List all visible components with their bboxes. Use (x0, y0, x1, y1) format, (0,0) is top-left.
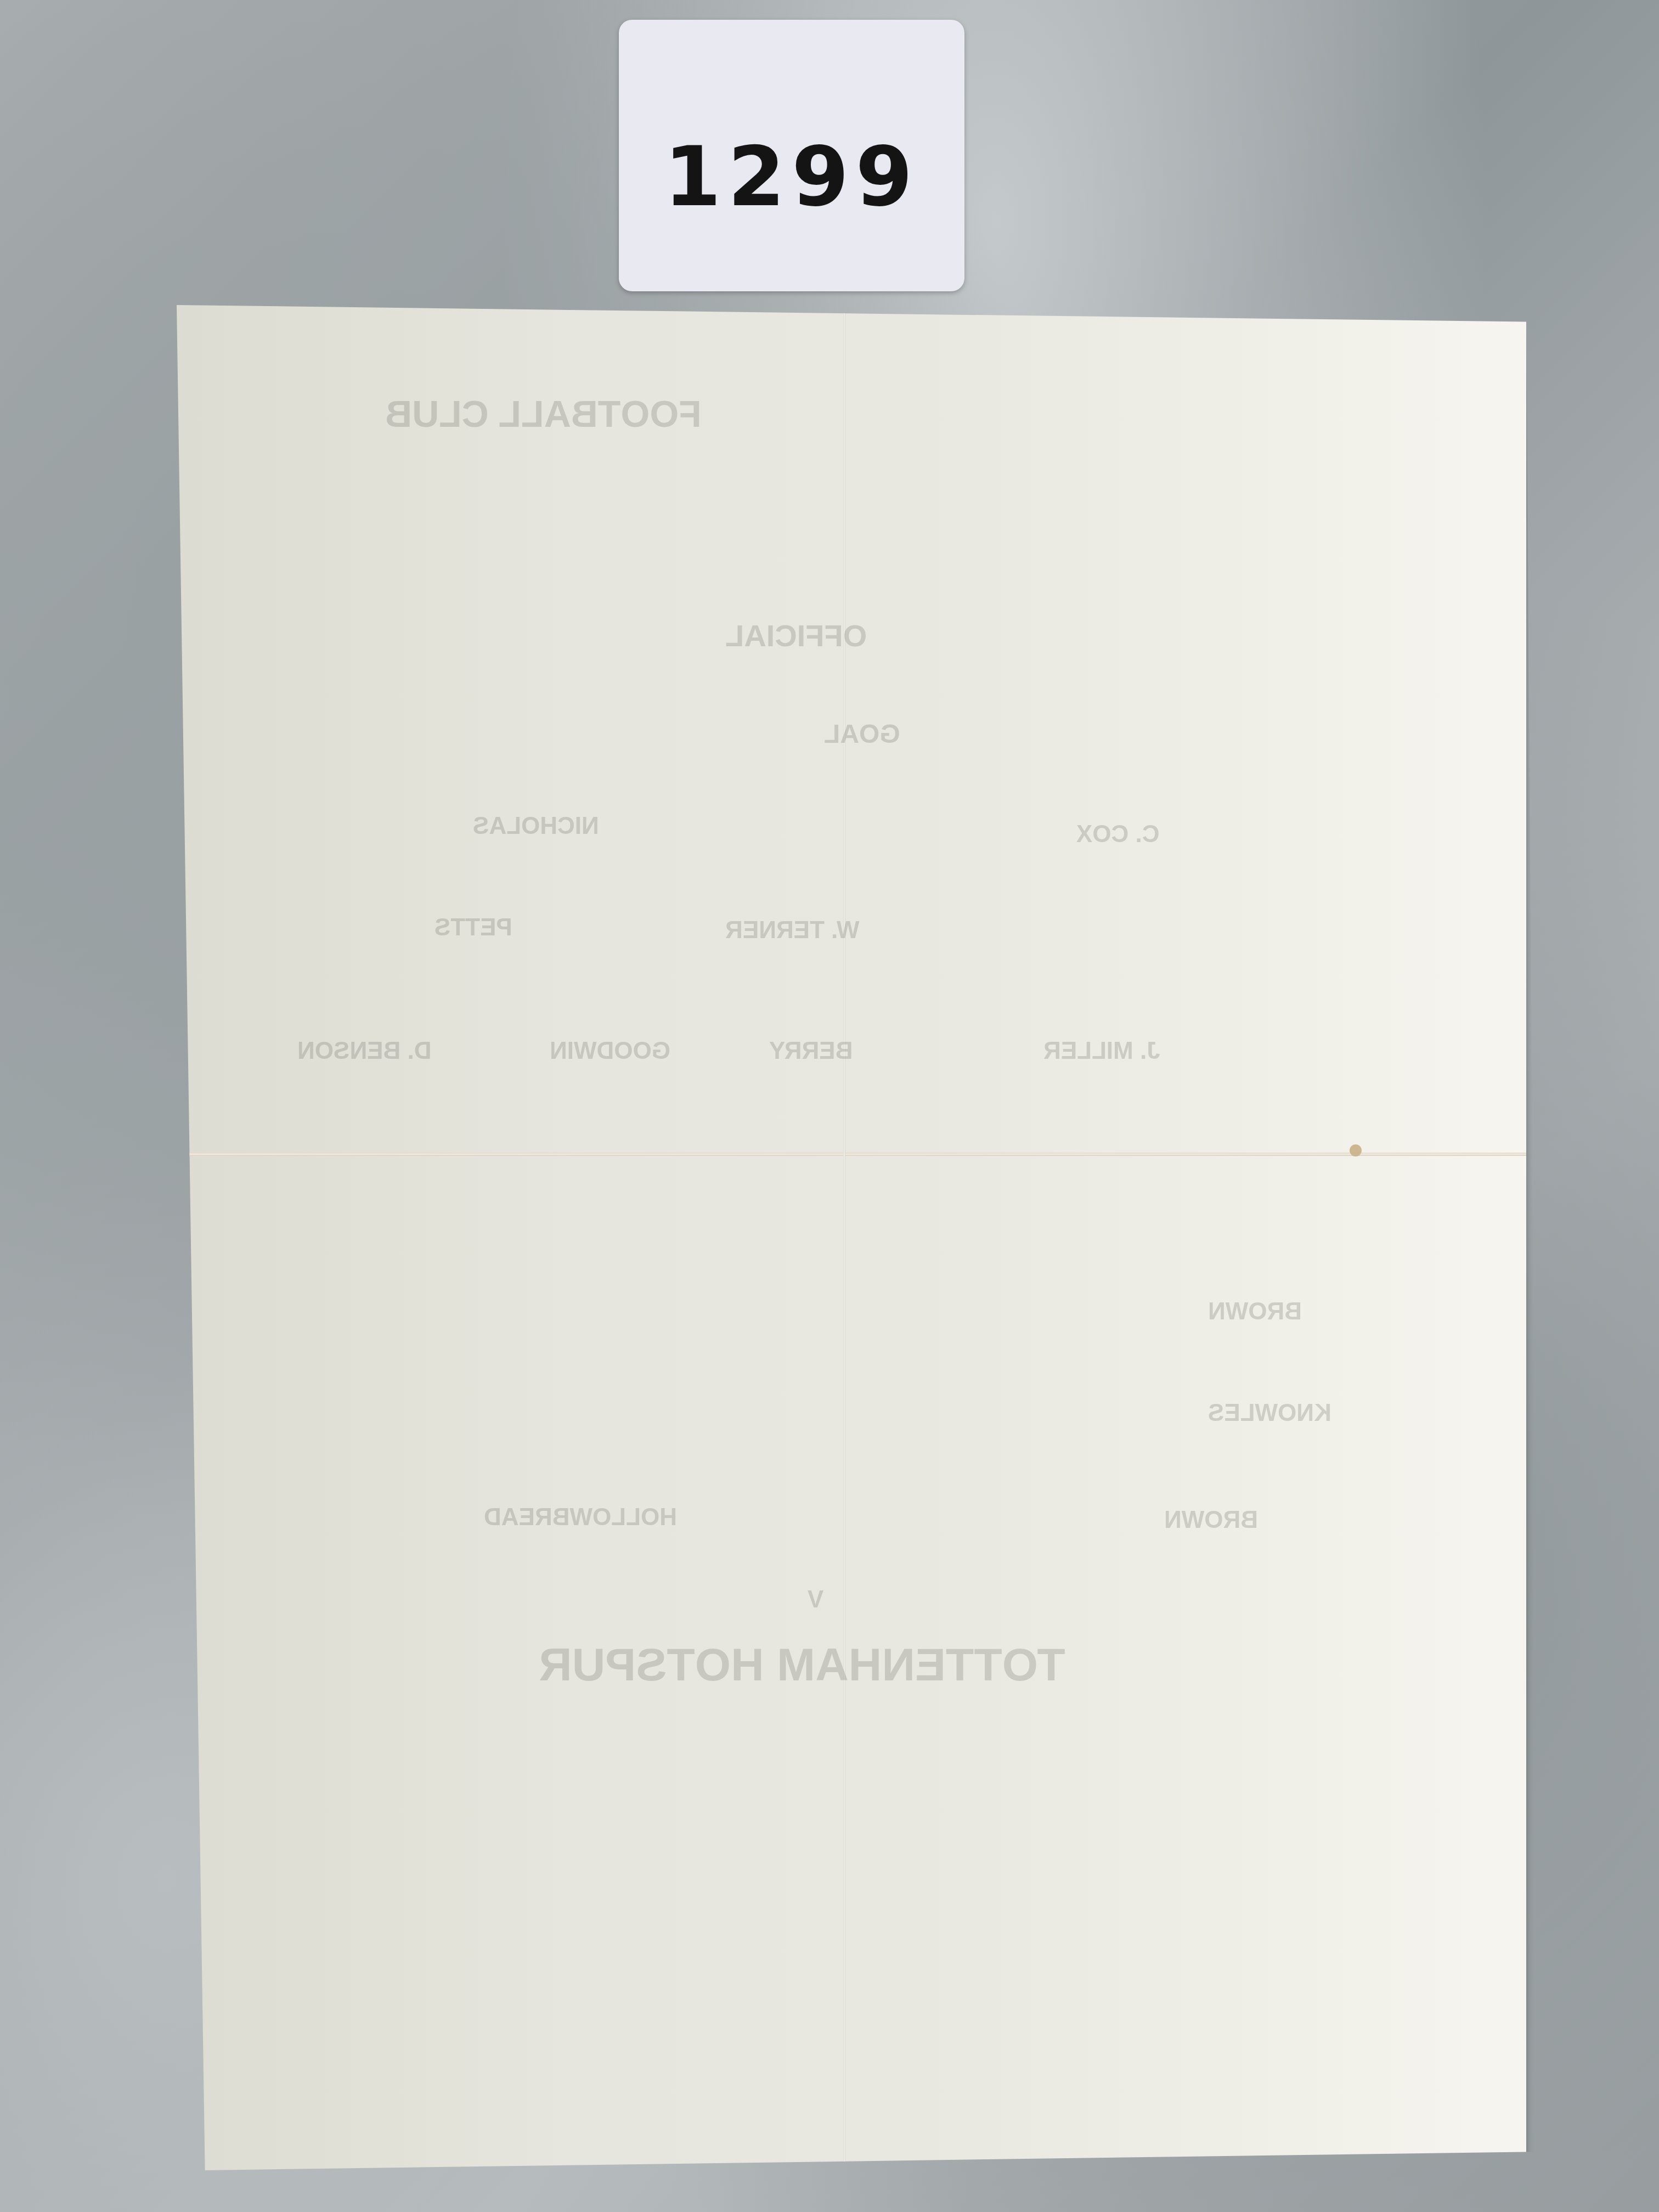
ghost-player: GOODWIN (550, 1037, 670, 1065)
ghost-player: PETTS (435, 914, 512, 941)
corner-crease (99, 181, 467, 482)
lot-number-label: 1299 (619, 20, 964, 291)
ghost-player: NICHOLAS (473, 812, 599, 840)
vertical-fold (843, 305, 845, 2170)
ghost-section: OFFICIAL (725, 618, 867, 653)
foxing-stain (1350, 1144, 1362, 1156)
ghost-goal: GOAL (824, 719, 900, 749)
ghost-player: C. COX (1076, 821, 1160, 848)
ghost-player: W. TERNER (725, 917, 859, 944)
lot-number-text: 1299 (619, 129, 964, 225)
ghost-player: J. MILLER (1043, 1037, 1160, 1065)
horizontal-fold (177, 1153, 1526, 1156)
ghost-player: BERRY (769, 1037, 853, 1065)
programme-sheet: FOOTBALL CLUB OFFICIAL GOAL C. COX NICHO… (177, 305, 1526, 2170)
ghost-opponent: TOTTENHAM HOTSPUR (539, 1638, 1065, 1691)
ghost-player: HOLLOWBREAD (484, 1504, 677, 1531)
ghost-player: BROWN (1208, 1298, 1302, 1325)
ghost-heading: FOOTBALL CLUB (385, 393, 702, 436)
ghost-player: D. BENSON (297, 1037, 431, 1065)
ghost-player: KNOWLES (1208, 1400, 1331, 1427)
ghost-player: BROWN (1164, 1506, 1258, 1534)
ghost-versus: V (808, 1586, 823, 1613)
